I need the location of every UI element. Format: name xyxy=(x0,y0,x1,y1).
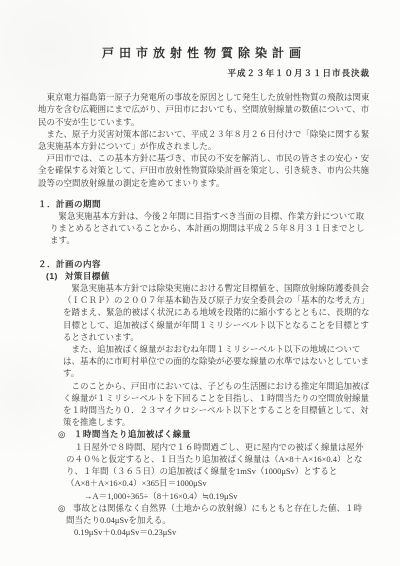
subsection-1-label: 対策目標値 xyxy=(65,271,110,281)
note-1-formula-daily: （A×8＋A×16×0.4）×365日＝1000μSv xyxy=(66,477,370,489)
document-title: 戸田市放射性物質除染計画 xyxy=(38,46,370,60)
note-1-body: １日屋外で８時間、屋内で１６時間過ごし、更に屋内での被ばく線量は屋外の４０％と仮… xyxy=(66,441,370,478)
section-1-heading: １．計画の期間 xyxy=(38,198,370,210)
double-circle-marker: ◎ xyxy=(58,428,66,440)
intro-paragraph-1: 東京電力福島第一原子力発電所の事故を原因として発生した放射性物質の飛散は関東地方… xyxy=(38,91,370,128)
subsection-1-paragraph-1: 緊急実施基本方針では除染実施における暫定目標値を、国際放射線防護委員会（ＩＣＲＰ… xyxy=(63,282,370,343)
double-circle-marker: ◎ xyxy=(58,502,66,514)
subsection-1-number: (1) xyxy=(46,270,58,282)
note-2-text: 事故とは関係なく自然界（土地からの放射線）にもともと存在した値、１時間当たり0.… xyxy=(66,503,362,525)
intro-paragraph-2: また、原子力災害対策本部において、平成２３年８月２６日付けで「除染に関する緊急実… xyxy=(38,128,370,152)
note-2-body: ◎事故とは関係なく自然界（土地からの放射線）にもともと存在した値、１時間当たり0… xyxy=(66,502,370,526)
note-1-heading-label: １時間当たり追加被ばく線量 xyxy=(74,429,191,439)
section-2-heading: ２．計画の内容 xyxy=(38,258,370,270)
subsection-1-paragraph-2: また、追加被ばく線量がおおむね年間１ミリシーベルト以下の地域については、基本的に… xyxy=(63,343,370,380)
subsection-1-heading: (1)対策目標値 xyxy=(46,270,370,282)
intro-paragraph-3: 戸田市では、この基本方針に基づき、市民の不安を解消し、市民の皆さまの安心・安全を… xyxy=(38,152,370,189)
approval-date-line: 平成２３年１０月３１日市長決裁 xyxy=(38,67,370,79)
document-page: 戸田市放射性物質除染計画 平成２３年１０月３１日市長決裁 東京電力福島第一原子力… xyxy=(0,0,400,566)
note-1-heading: ◎１時間当たり追加被ばく線量 xyxy=(58,428,370,440)
subsection-1-paragraph-3: このことから、戸田市においては、子どもの生活圏における推定年間追加被ばく線量が１… xyxy=(63,380,370,429)
section-1-body: 緊急実施基本方針は、今後２年間に目指すべき当面の目標、作業方針について取りまとめ… xyxy=(50,210,370,247)
note-1-formula-result: →A＝1,000÷365÷（8＋16×0.4）≒0.19μSv xyxy=(84,490,370,502)
note-2-formula-total: 0.19μSv＋0.04μSv＝0.23μSv xyxy=(74,526,370,538)
